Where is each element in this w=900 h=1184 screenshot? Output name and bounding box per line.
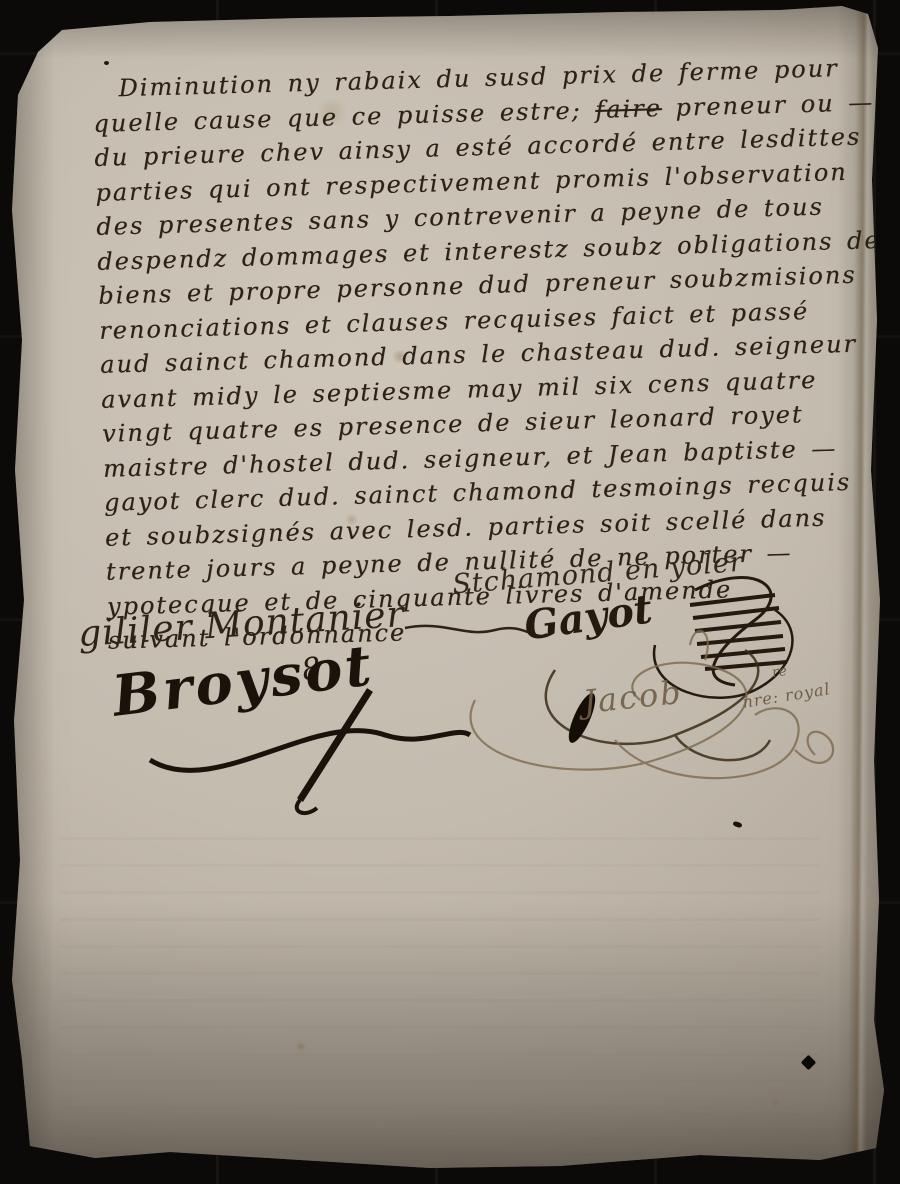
photo-background: Diminution ny rabaix du susd prix de fer… <box>0 0 900 1184</box>
paper-stain <box>770 1098 781 1107</box>
ink-showthrough-texture <box>60 830 820 1110</box>
ink-dot <box>104 61 109 65</box>
paper-stain <box>296 1042 306 1051</box>
line2-struck-word: faire <box>595 94 662 124</box>
manuscript-page: Diminution ny rabaix du susd prix de fer… <box>0 0 900 1184</box>
line2-post: preneur ou — <box>661 88 874 122</box>
notary-title-superscript: re <box>771 663 788 681</box>
